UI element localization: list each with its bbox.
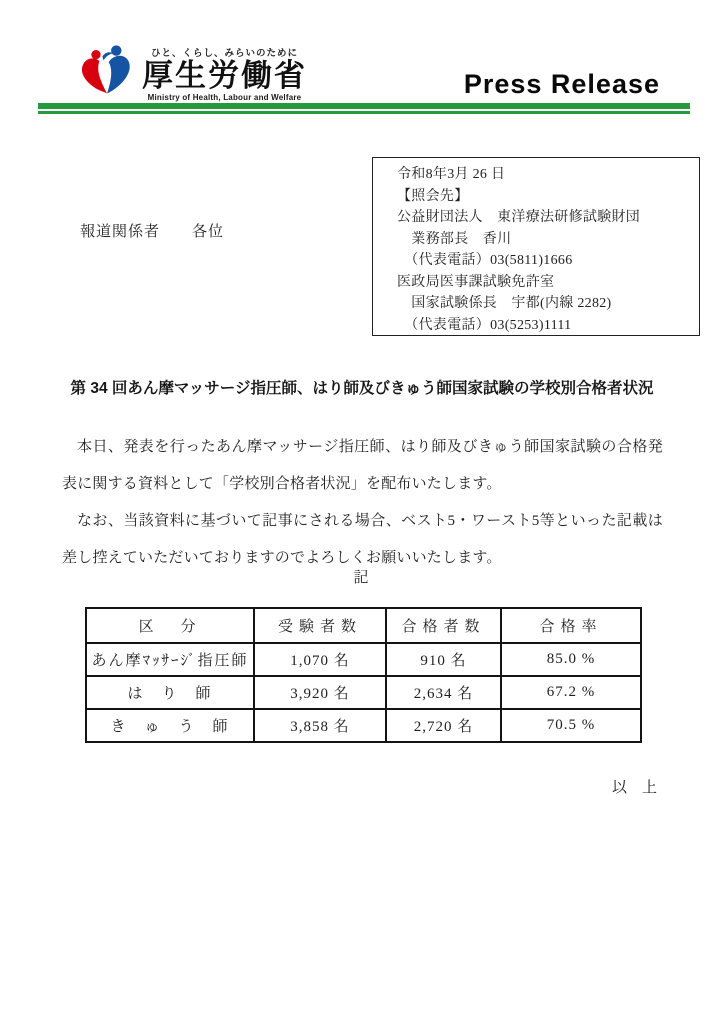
table-row: き ゅ う 師 3,858 名 2,720 名 70.5 % <box>86 709 641 742</box>
contact-bureau: 医政局医事課試験免許室 <box>397 272 693 294</box>
row-category: あん摩ﾏｯｻｰｼﾞ指圧師 <box>86 643 254 676</box>
ministry-name-en: Ministry of Health, Labour and Welfare <box>148 93 302 102</box>
contact-org: 公益財団法人 東洋療法研修試験財団 <box>397 207 693 229</box>
press-release-page: ひと、くらし、みらいのために 厚生労働省 Ministry of Health,… <box>0 0 724 1024</box>
contact-info-box: 令和8年3月 26 日 【照会先】 公益財団法人 東洋療法研修試験財団 業務部長… <box>372 157 700 336</box>
contact-inquiry-label: 【照会先】 <box>397 186 693 208</box>
table-row: あん摩ﾏｯｻｰｼﾞ指圧師 1,070 名 910 名 85.0 % <box>86 643 641 676</box>
ministry-name: 厚生労働省 <box>142 59 307 93</box>
ministry-logo-block: ひと、くらし、みらいのために 厚生労働省 Ministry of Health,… <box>78 42 307 102</box>
row-passed: 910 名 <box>386 643 501 676</box>
row-category: は り 師 <box>86 676 254 709</box>
row-applicants: 3,858 名 <box>254 709 386 742</box>
body-text: 本日、発表を行ったあん摩マッサージ指圧師、はり師及びきゅう師国家試験の合格発表に… <box>62 429 663 577</box>
recipient-line: 報道関係者 各位 <box>80 220 224 241</box>
row-passed: 2,634 名 <box>386 676 501 709</box>
row-category: き ゅ う 師 <box>86 709 254 742</box>
contact-person-1: 業務部長 香川 <box>397 229 693 251</box>
body-paragraph-1: 本日、発表を行ったあん摩マッサージ指圧師、はり師及びきゅう師国家試験の合格発表に… <box>62 429 663 503</box>
row-pass-rate: 85.0 % <box>501 643 641 676</box>
ministry-tagline: ひと、くらし、みらいのために <box>151 45 298 59</box>
header-passed: 合格者数 <box>386 608 501 643</box>
header-category: 区 分 <box>86 608 254 643</box>
row-applicants: 3,920 名 <box>254 676 386 709</box>
table-header-row: 区 分 受験者数 合格者数 合格率 <box>86 608 641 643</box>
header-applicants: 受験者数 <box>254 608 386 643</box>
row-pass-rate: 70.5 % <box>501 709 641 742</box>
ministry-logo-text: ひと、くらし、みらいのために 厚生労働省 Ministry of Health,… <box>142 42 307 102</box>
row-passed: 2,720 名 <box>386 709 501 742</box>
row-applicants: 1,070 名 <box>254 643 386 676</box>
press-release-label: Press Release <box>464 69 660 100</box>
green-divider-rule <box>38 103 690 114</box>
contact-date: 令和8年3月 26 日 <box>397 164 693 186</box>
row-pass-rate: 67.2 % <box>501 676 641 709</box>
contact-person-2: 国家試験係長 宇都(内線 2282) <box>397 293 693 315</box>
closing-mark: 以 上 <box>612 776 657 797</box>
document-title: 第 34 回あん摩マッサージ指圧師、はり師及びきゅう師国家試験の学校別合格者状況 <box>0 376 724 398</box>
mhlw-logo-icon <box>78 42 136 102</box>
header-pass-rate: 合格率 <box>501 608 641 643</box>
contact-phone-1: （代表電話）03(5811)1666 <box>397 250 693 272</box>
contact-phone-2: （代表電話）03(5253)1111 <box>397 315 693 337</box>
record-mark: 記 <box>0 566 724 587</box>
table-row: は り 師 3,920 名 2,634 名 67.2 % <box>86 676 641 709</box>
pass-results-table: 区 分 受験者数 合格者数 合格率 あん摩ﾏｯｻｰｼﾞ指圧師 1,070 名 9… <box>85 607 642 743</box>
